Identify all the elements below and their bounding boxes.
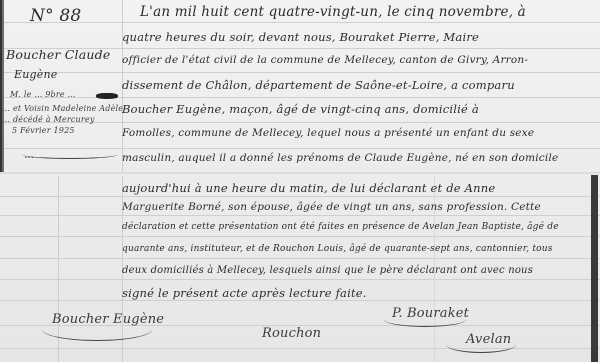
margin-annotation-1: M. le … 9bre … (10, 90, 76, 99)
signature-witness-2-flourish (446, 336, 516, 353)
body-line-6: Fomolles, commune de Mellecey, lequel no… (122, 127, 534, 139)
binding-shadow-left (0, 0, 2, 175)
body-line-7: masculin, auquel il a donné les prénoms … (122, 152, 558, 164)
margin-flourish (22, 150, 118, 159)
body-line-5: Boucher Eugène, maçon, âgé de vingt-cinq… (122, 102, 479, 116)
binding-edge-right (591, 175, 598, 362)
sheet-seam (0, 172, 600, 176)
body-line-10: déclaration et cette présentation ont ét… (122, 222, 559, 232)
signature-mayor-flourish (384, 312, 466, 327)
body-line-3: officier de l'état civil de la commune d… (122, 54, 528, 66)
record-number: N° 88 (30, 6, 81, 26)
margin-annotation-4: 5 Février 1925 (12, 126, 75, 135)
body-line-11: quarante ans, instituteur, et de Rouchon… (122, 244, 553, 254)
signature-witness-1: Rouchon (262, 326, 321, 341)
margin-name: Boucher Claude (6, 47, 110, 62)
register-page: N° 88 Boucher Claude Eugène M. le … 9bre… (0, 0, 600, 362)
ink-blot (96, 93, 118, 99)
body-line-9: Marguerite Borné, son épouse, âgée de vi… (122, 201, 541, 213)
margin-annotation-2: … et Voisin Madeleine Adèle (2, 104, 123, 113)
body-line-1: L'an mil huit cent quatre-vingt-un, le c… (140, 4, 526, 20)
body-line-12: deux domiciliés à Mellecey, lesquels ain… (122, 265, 533, 276)
body-line-4: dissement de Châlon, département de Saôn… (122, 78, 515, 92)
margin-given-name: Eugène (14, 68, 57, 81)
body-line-13: signé le présent acte après lecture fait… (122, 286, 367, 300)
margin-annotation-3: … décédé à Mercurey (2, 115, 95, 124)
signature-father-flourish (42, 318, 152, 341)
body-line-8: aujourd'hui à une heure du matin, de lui… (122, 181, 495, 195)
body-line-2: quatre heures du soir, devant nous, Bour… (122, 30, 479, 44)
